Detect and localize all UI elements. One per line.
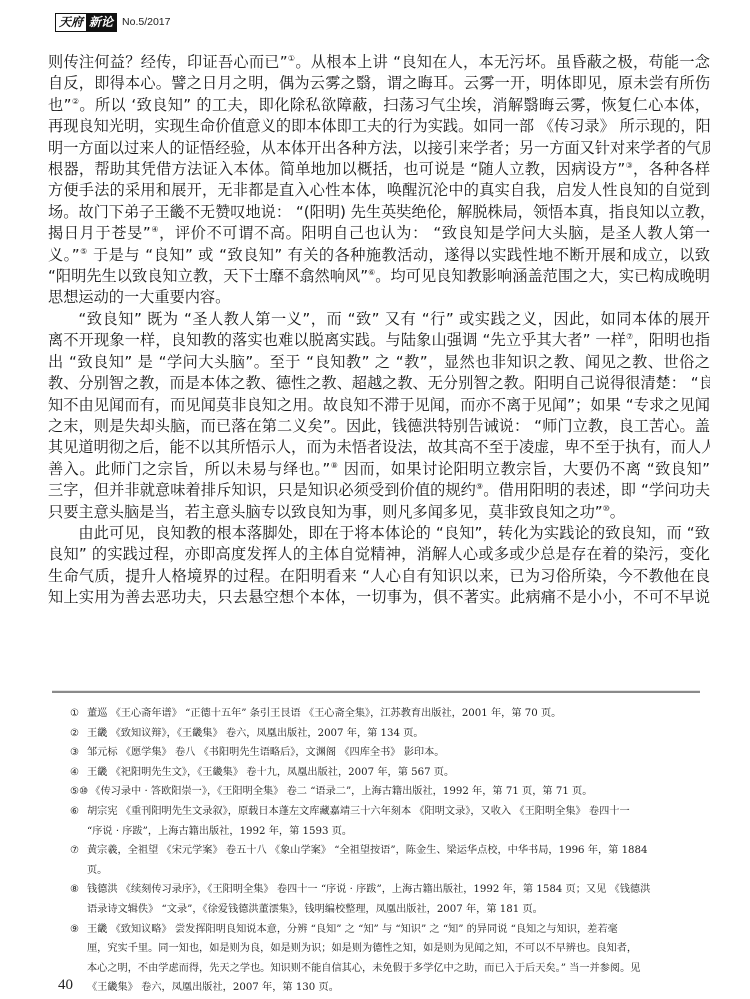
footnote: ⑤⑩《传习录中 · 答欧阳崇一》，《王阳明全集》 卷二 “语录二”，上海古籍出版… xyxy=(70,782,710,802)
footnote-reference[interactable]: ⑤ xyxy=(80,247,88,256)
footnote-text: 董巡 《王心斋年谱》 “正德十五年” 条引王艮语 《王心斋全集》，江苏教育出版社… xyxy=(87,704,710,724)
text-segment: 由此可见，良知教的根本落脚处，即在于将本体论的 “良知”，转化为实践论的致良知，… xyxy=(78,524,710,542)
text-segment: 揭日月于苍旻” xyxy=(48,224,151,242)
footnote: ②王畿 《致知议辩》，《王畿集》 卷六，凤凰出版社，2007 年，第 134 页… xyxy=(70,724,710,744)
footnote-mark: ⑧ xyxy=(70,880,87,919)
footnote-reference[interactable]: ③ xyxy=(625,161,633,170)
footnote-line: 黄宗羲，全祖望 《宋元学案》 卷五十八 《象山学案》 “全祖望按语”，陈金生、梁… xyxy=(87,841,710,861)
text-line: 之末，则是失却头脑，而已落在第二义矣”。因此，钱德洪特别告诫说： “师门立教，良… xyxy=(48,416,710,437)
footnote-line: 邹元标 《愿学集》 卷八 《书阳明先生语略后》，文渊阁 《四库全书》 影印本。 xyxy=(87,743,710,763)
running-header: 天府 新论 No.5/2017 xyxy=(55,12,171,32)
text-segment: 思想运动的一大重要内容。 xyxy=(48,288,230,306)
footnote-line: 页。 xyxy=(87,861,710,881)
footnote: ③邹元标 《愿学集》 卷八 《书阳明先生语略后》，文渊阁 《四库全书》 影印本。 xyxy=(70,743,710,763)
footnote: ①董巡 《王心斋年谱》 “正德十五年” 条引王艮语 《王心斋全集》，江苏教育出版… xyxy=(70,704,710,724)
footnotes: ①董巡 《王心斋年谱》 “正德十五年” 条引王艮语 《王心斋全集》，江苏教育出版… xyxy=(70,704,710,998)
footnote-mark: ① xyxy=(70,704,87,724)
text-segment: 生命气质，提升人格境界的过程。在阳明看来 “人心自有知识以来，已为习俗所染，今不… xyxy=(48,567,710,585)
text-segment: 善入。此师门之宗旨，所以未易与绎也。” xyxy=(48,460,330,478)
text-segment: 知上实用为善去恶功夫，只去悬空想个本体，一切事为，俱不著实。此病痛不是小小，不可… xyxy=(48,588,710,606)
footnote: ⑧钱德洪 《续刻传习录序》，《王阳明全集》 卷四十一 “序说 · 序跋”，上海古… xyxy=(70,880,710,919)
text-segment: 之末，则是失却头脑，而已落在第二义矣”。因此，钱德洪特别告诫说： “师门立教，良… xyxy=(48,417,710,435)
footnote-line: “序说 · 序跋”，上海古籍出版社，1992 年，第 1593 页。 xyxy=(87,822,710,842)
text-segment: “阳明先生以致良知立教，天下士靡不翕然响风” xyxy=(48,267,368,285)
text-segment: 知不由见闻而有，而见闻莫非良知之用。故良知不滞于见闻，而亦不离于见闻”；如果 “… xyxy=(48,396,710,414)
journal-logo: 天府 新论 xyxy=(55,13,117,32)
main-body-text: 则传注何益？经传，印证吾心而已”①。从根本上讲 “良知在人，本无污坏。虽昏蔽之极… xyxy=(48,52,710,609)
text-line: 生命气质，提升人格境界的过程。在阳明看来 “人心自有知识以来，已为习俗所染，今不… xyxy=(48,566,710,587)
footnote: ④王畿 《祀阳明先生文》，《王畿集》 卷十九，凤凰出版社，2007 年，第 56… xyxy=(70,763,710,783)
text-segment: 其见道明彻之后，能不以其所悟示人，而为未悟者设法，故其高不至于凌虚，卑不至于执有… xyxy=(48,438,710,456)
text-segment: 出 “致良知” 是 “学问大头脑”。至于 “良知教” 之 “教”，显然也非知识之… xyxy=(48,353,710,371)
text-line: 义。”⑤ 于是与 “良知” 或 “致良知” 有关的各种施教活动，遂得以实践性地不… xyxy=(48,245,710,266)
text-segment: 教、分别智之教，而是本体之教、德性之教、超越之教、无分别智之教。阳明自己说得很清… xyxy=(48,374,710,392)
text-segment: 三字，但并非就意味着排斥知识，只是知识必须受到价值的规约 xyxy=(48,481,476,499)
text-segment: 良知” 的实践过程，亦即高度发挥人的主体自觉精神，消解人心或多或少总是存在着的染… xyxy=(48,545,710,563)
text-line: “阳明先生以致良知立教，天下士靡不翕然响风”⑥。均可见良知教影响涵盖范围之大，实… xyxy=(48,266,710,287)
text-line: 明一方面以过来人的证悟经验，从本体开出各种方法，以接引来学者；另一方面又针对来学… xyxy=(48,138,710,159)
footnote-mark: ③ xyxy=(70,743,87,763)
footnote-line: 王畿 《致知议辩》，《王畿集》 卷六，凤凰出版社，2007 年，第 134 页。 xyxy=(87,724,710,744)
text-line: 根器，帮助其凭借方法证入本体。简单地加以概括，也可说是 “随人立教，因病设方”③… xyxy=(48,159,710,180)
text-segment: 。所以 ‘致良知” 的工夫，即化除私欲障蔽，扫荡习气尘埃，消解翳晦云雾，恢复仁心… xyxy=(79,96,710,114)
text-segment: 明一方面以过来人的证悟经验，从本体开出各种方法，以接引来学者；另一方面又针对来学… xyxy=(48,139,710,157)
footnote-line: 语录诗文辑佚》 “文录”，《徐爱钱德洪董澐集》，钱明编校整理，凤凰出版社，200… xyxy=(87,900,710,920)
text-line: 离不开现象一样，良知教的落实也难以脱离实践。与陆象山强调 “先立乎其大者” 一样… xyxy=(48,330,710,351)
footnote-line: 胡宗宪 《重刊阳明先生文录叙》，原载日本蓬左文库藏嘉靖三十六年刻本 《阳明文录》… xyxy=(87,802,710,822)
text-segment: “致良知” 既为 “圣人教人第一义”，而 “致” 又有 “行” 或实践之义，因此… xyxy=(78,310,710,328)
text-line: 只要主意头脑是当，若主意头脑专以致良知为事，则凡多闻多见，莫非致良知之功”⑩。 xyxy=(48,502,710,523)
text-line: 其见道明彻之后，能不以其所悟示人，而为未悟者设法，故其高不至于凌虚，卑不至于执有… xyxy=(48,437,710,458)
text-segment: 。均可见良知教影响涵盖范围之大，实已构成晚明 xyxy=(375,267,710,285)
text-segment: 方便手法的采用和展开，无非都是直入心性本体，唤醒沉沦中的真实自我，启发人性良知的… xyxy=(48,181,710,199)
footnote-mark: ⑦ xyxy=(70,841,87,880)
footnote-line: 董巡 《王心斋年谱》 “正德十五年” 条引王艮语 《王心斋全集》，江苏教育出版社… xyxy=(87,704,710,724)
text-segment: 场。故门下弟子王畿不无赞叹地说： “(阳明) 先生英奘绝伦，解脱株局，领悟本真，… xyxy=(48,203,710,221)
text-line: 良知” 的实践过程，亦即高度发挥人的主体自觉精神，消解人心或多或少总是存在着的染… xyxy=(48,544,710,565)
footnote-reference[interactable]: ⑩ xyxy=(603,504,610,513)
footnote-text: 胡宗宪 《重刊阳明先生文录叙》，原载日本蓬左文库藏嘉靖三十六年刻本 《阳明文录》… xyxy=(87,802,710,841)
text-line: “致良知” 既为 “圣人教人第一义”，而 “致” 又有 “行” 或实践之义，因此… xyxy=(48,309,710,330)
text-segment: 离不开现象一样，良知教的落实也难以脱离实践。与陆象山强调 “先立乎其大者” 一样 xyxy=(48,331,626,349)
text-line: 出 “致良知” 是 “学问大头脑”。至于 “良知教” 之 “教”，显然也非知识之… xyxy=(48,352,710,373)
footnote-text: 王畿 《致知议辩》，《王畿集》 卷六，凤凰出版社，2007 年，第 134 页。 xyxy=(87,724,710,744)
issue-number: No.5/2017 xyxy=(122,16,170,28)
footnote-text: 王畿 《致知议略》 尝发挥阳明良知说本意，分辨 “良知” 之 “知” 与 “知识… xyxy=(87,920,710,998)
footnote-text: 钱德洪 《续刻传习录序》，《王阳明全集》 卷四十一 “序说 · 序跋”，上海古籍… xyxy=(87,880,710,919)
footnote-line: 《王畿集》 卷六，凤凰出版社，2007 年，第 130 页。 xyxy=(87,978,710,998)
text-segment: 也” xyxy=(48,96,71,114)
text-segment: 义。” xyxy=(48,246,80,264)
footnote-mark: ⑥ xyxy=(70,802,87,841)
text-segment: 自反，即得本心。譬之日月之明，偶为云雾之翳，谓之晦耳。云雾一开，明体即见，原未尝… xyxy=(48,74,710,92)
text-line: 则传注何益？经传，印证吾心而已”①。从根本上讲 “良知在人，本无污坏。虽昏蔽之极… xyxy=(48,52,710,73)
footnote-text: 黄宗羲，全祖望 《宋元学案》 卷五十八 《象山学案》 “全祖望按语”，陈金生、梁… xyxy=(87,841,710,880)
text-segment: 因而，如果讨论阳明立教宗旨，大要仍不离 “致良知” xyxy=(338,460,710,478)
footnote-text: 王畿 《祀阳明先生文》，《王畿集》 卷十九，凤凰出版社，2007 年，第 567… xyxy=(87,763,710,783)
footnote-text: 邹元标 《愿学集》 卷八 《书阳明先生语略后》，文渊阁 《四库全书》 影印本。 xyxy=(87,743,710,763)
text-segment: ，评价不可谓不高。阳明自己也认为： “致良知是学问大头脑，是圣人教人第一 xyxy=(159,224,710,242)
footnote-line: 王畿 《祀阳明先生文》，《王畿集》 卷十九，凤凰出版社，2007 年，第 567… xyxy=(87,763,710,783)
text-line: 思想运动的一大重要内容。 xyxy=(48,287,710,308)
footnote-reference[interactable]: ④ xyxy=(151,225,159,234)
footnote-separator xyxy=(52,690,700,693)
page-number: 40 xyxy=(58,977,73,994)
text-line: 再现良知光明，实现生命价值意义的即本体即工夫的行为实践。如同一部 《传习录》 所… xyxy=(48,116,710,137)
text-line: 方便手法的采用和展开，无非都是直入心性本体，唤醒沉沦中的真实自我，启发人性良知的… xyxy=(48,180,710,201)
text-line: 由此可见，良知教的根本落脚处，即在于将本体论的 “良知”，转化为实践论的致良知，… xyxy=(48,523,710,544)
text-segment: ，阳明也指 xyxy=(633,331,710,349)
text-line: 知不由见闻而有，而见闻莫非良知之用。故良知不滞于见闻，而亦不离于见闻”；如果 “… xyxy=(48,395,710,416)
text-segment: 。借用阳明的表述，即 “学问功夫 xyxy=(483,481,710,499)
text-line: 教、分别智之教，而是本体之教、德性之教、超越之教、无分别智之教。阳明自己说得很清… xyxy=(48,373,710,394)
text-segment: 于是与 “良知” 或 “致良知” 有关的各种施教活动，遂得以实践性地不断开展和成… xyxy=(88,246,710,264)
footnote-mark: ② xyxy=(70,724,87,744)
journal-title-part2: 新论 xyxy=(86,14,116,31)
text-segment: 根器，帮助其凭借方法证入本体。简单地加以概括，也可说是 “随人立教，因病设方” xyxy=(48,160,625,178)
text-line: 揭日月于苍旻”④，评价不可谓不高。阳明自己也认为： “致良知是学问大头脑，是圣人… xyxy=(48,223,710,244)
text-segment: 再现良知光明，实现生命价值意义的即本体即工夫的行为实践。如同一部 《传习录》 所… xyxy=(48,117,710,135)
text-line: 三字，但并非就意味着排斥知识，只是知识必须受到价值的规约⑨。借用阳明的表述，即 … xyxy=(48,480,710,501)
footnote-mark: ⑤⑩ xyxy=(70,782,90,802)
footnote-text: 《传习录中 · 答欧阳崇一》，《王阳明全集》 卷二 “语录二”，上海古籍出版社，… xyxy=(90,782,710,802)
text-segment: 。从根本上讲 “良知在人，本无污坏。虽昏蔽之极，苟能一念 xyxy=(295,53,710,71)
text-line: 也”②。所以 ‘致良知” 的工夫，即化除私欲障蔽，扫荡习气尘埃，消解翳晦云雾，恢… xyxy=(48,95,710,116)
text-line: 知上实用为善去恶功夫，只去悬空想个本体，一切事为，俱不著实。此病痛不是小小，不可… xyxy=(48,587,710,608)
footnote: ⑥胡宗宪 《重刊阳明先生文录叙》，原载日本蓬左文库藏嘉靖三十六年刻本 《阳明文录… xyxy=(70,802,710,841)
text-segment: 。 xyxy=(610,503,625,521)
footnote-mark: ④ xyxy=(70,763,87,783)
footnote: ⑨王畿 《致知议略》 尝发挥阳明良知说本意，分辨 “良知” 之 “知” 与 “知… xyxy=(70,920,710,998)
footnote-line: 《传习录中 · 答欧阳崇一》，《王阳明全集》 卷二 “语录二”，上海古籍出版社，… xyxy=(90,782,710,802)
footnote-line: 厘，究实千里。同一知也，如是则为良，如是则为识；如是则为德性之知，如是则为见闻之… xyxy=(87,939,710,959)
text-segment: 则传注何益？经传，印证吾心而已” xyxy=(48,53,288,71)
footnote-line: 钱德洪 《续刻传习录序》，《王阳明全集》 卷四十一 “序说 · 序跋”，上海古籍… xyxy=(87,880,710,900)
footnote-line: 本心之明，不由学虑而得，先天之学也。知识则不能自信其心，未免假于多学亿中之助，而… xyxy=(87,959,710,979)
journal-title-part1: 天府 xyxy=(56,14,86,31)
text-line: 善入。此师门之宗旨，所以未易与绎也。”⑧ 因而，如果讨论阳明立教宗旨，大要仍不离… xyxy=(48,459,710,480)
footnote-line: 王畿 《致知议略》 尝发挥阳明良知说本意，分辨 “良知” 之 “知” 与 “知识… xyxy=(87,920,710,940)
text-line: 场。故门下弟子王畿不无赞叹地说： “(阳明) 先生英奘绝伦，解脱株局，领悟本真，… xyxy=(48,202,710,223)
text-line: 自反，即得本心。譬之日月之明，偶为云雾之翳，谓之晦耳。云雾一开，明体即见，原未尝… xyxy=(48,73,710,94)
text-segment: ，各种各样 xyxy=(633,160,710,178)
text-segment: 只要主意头脑是当，若主意头脑专以致良知为事，则凡多闻多见，莫非致良知之功” xyxy=(48,503,603,521)
footnote: ⑦黄宗羲，全祖望 《宋元学案》 卷五十八 《象山学案》 “全祖望按语”，陈金生、… xyxy=(70,841,710,880)
